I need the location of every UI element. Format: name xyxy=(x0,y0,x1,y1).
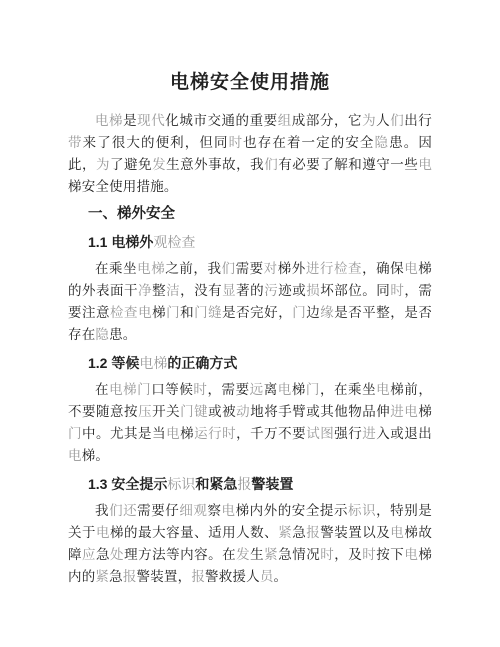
document-body: 电梯是现代化城市交通的重要组成部分，它为人们出行带来了很大的便利，但同时也存在着… xyxy=(68,110,432,588)
text-segment: 门 xyxy=(166,305,180,320)
text-segment: ，需要 xyxy=(207,382,249,397)
text-segment: 迹或 xyxy=(278,283,306,298)
text-segment: 梯安全使用措施。 xyxy=(68,179,178,194)
text-segment: 时 xyxy=(362,547,376,562)
text-segment: ，在乘坐 xyxy=(320,382,376,397)
text-segment: 和 xyxy=(180,305,194,320)
text-segment: 急 xyxy=(292,525,306,540)
text-segment: 电 xyxy=(278,382,292,397)
text-segment: 报 xyxy=(123,569,137,584)
text-segment: 警装置 xyxy=(251,476,293,492)
text-segment: 的正确方式 xyxy=(167,355,237,371)
text-segment: 化城市交通的重要 xyxy=(165,113,277,128)
paragraph: 在电梯门口等候时，需要远离电梯门，在乘坐电梯前，不要随意按压开关门键或被动地将手… xyxy=(68,379,432,467)
text-segment: 紧 xyxy=(278,525,292,540)
text-segment: 隐 xyxy=(375,135,390,150)
text-segment: 梯的最大容量、适用人数、 xyxy=(110,525,278,540)
text-segment: 梯 xyxy=(418,404,432,419)
text-segment: 有必要了解和遵守一些 xyxy=(278,157,418,172)
text-segment: 观检查 xyxy=(153,234,195,250)
text-segment: 中。尤其是当 xyxy=(82,426,166,441)
text-segment: 标识 xyxy=(167,476,195,492)
text-segment: 电 xyxy=(222,503,236,518)
text-segment: 紧 xyxy=(264,547,278,562)
text-segment: 发 xyxy=(236,547,250,562)
text-segment: 门 xyxy=(68,426,82,441)
text-segment: 电梯 xyxy=(137,261,165,276)
text-segment: 坏部位。同 xyxy=(320,283,390,298)
text-segment: 成部分，它 xyxy=(292,113,362,128)
text-segment: 和紧急 xyxy=(195,476,237,492)
text-segment: 带 xyxy=(68,135,83,150)
subsection-heading: 1.3 安全提示标识和紧急报警装置 xyxy=(88,473,432,495)
subsection-heading: 1.1 电梯外观检查 xyxy=(88,231,432,253)
text-segment: 来了很大的便利，但同 xyxy=(83,135,229,150)
text-segment: 著的 xyxy=(236,283,264,298)
text-segment: 远 xyxy=(250,382,264,397)
text-segment: 门缝 xyxy=(194,305,222,320)
text-segment: 口等候 xyxy=(151,382,193,397)
text-segment: 1.2 等候 xyxy=(88,355,139,371)
text-segment: 梯内外的安全提示 xyxy=(236,503,348,518)
document-page: 电梯安全使用措施 电梯是现代化城市交通的重要组成部分，它为人们出行带来了很大的便… xyxy=(0,0,500,647)
text-segment: 缘 xyxy=(320,305,334,320)
text-segment: 强行 xyxy=(334,426,362,441)
text-segment: 电 xyxy=(138,305,152,320)
text-segment: 在乘坐 xyxy=(95,261,137,276)
text-segment: 是否完好， xyxy=(222,305,292,320)
text-segment: 发 xyxy=(152,157,166,172)
text-segment: 需要 xyxy=(236,261,264,276)
text-segment: 紧 xyxy=(95,569,109,584)
text-segment: 电梯门 xyxy=(109,382,151,397)
text-segment: 是 xyxy=(123,113,137,128)
text-segment: 梯 xyxy=(292,382,306,397)
text-segment: 处 xyxy=(110,547,124,562)
text-segment: 们 xyxy=(390,113,404,128)
text-segment: ，没有 xyxy=(180,283,222,298)
text-segment: 一、梯外安全 xyxy=(88,206,175,222)
text-segment: 整 xyxy=(152,283,166,298)
text-segment: 现代 xyxy=(137,113,165,128)
text-segment: 警救援人 xyxy=(205,569,260,584)
text-segment: 电 xyxy=(390,525,404,540)
text-segment: 梯 xyxy=(152,305,166,320)
text-segment: 电 xyxy=(166,426,180,441)
document-title: 电梯安全使用措施 xyxy=(68,70,432,96)
text-segment: 们 xyxy=(264,157,278,172)
text-segment: ，及 xyxy=(334,547,362,562)
text-segment: 出行 xyxy=(404,113,432,128)
text-segment: 电 xyxy=(68,448,82,463)
text-segment: 电梯 xyxy=(95,113,123,128)
text-segment: 了避免 xyxy=(110,157,152,172)
text-segment: 1.3 安全提示 xyxy=(88,476,167,492)
text-segment: 报 xyxy=(237,476,251,492)
text-segment: 进电 xyxy=(390,404,418,419)
subsection-heading: 1.2 等候电梯的正确方式 xyxy=(88,352,432,374)
text-segment: 们还 xyxy=(109,503,137,518)
text-segment: 时 xyxy=(193,382,207,397)
text-segment: 开关 xyxy=(152,404,180,419)
text-segment: ，确保 xyxy=(362,261,404,276)
text-segment: 梯。 xyxy=(82,448,109,463)
text-segment: ，千万不要 xyxy=(236,426,306,441)
text-segment: 警装置， xyxy=(137,569,192,584)
text-segment: 应 xyxy=(82,547,96,562)
text-segment: 隐 xyxy=(95,327,109,342)
text-segment: 员 xyxy=(260,569,274,584)
text-segment: 动 xyxy=(236,404,250,419)
text-segment: 急情况 xyxy=(278,547,320,562)
text-segment: 试图 xyxy=(306,426,334,441)
text-segment: 患。 xyxy=(109,327,136,342)
text-segment: 之前，我 xyxy=(165,261,221,276)
text-segment: 标识 xyxy=(348,503,376,518)
text-segment: 警装置以及 xyxy=(320,525,390,540)
text-segment: 电 xyxy=(404,261,418,276)
text-segment: 报 xyxy=(191,569,205,584)
text-segment: 生 xyxy=(250,547,264,562)
text-segment: 门 xyxy=(306,382,320,397)
text-segment: 入或退出 xyxy=(376,426,432,441)
text-segment: 理方法等内容。在 xyxy=(124,547,236,562)
text-segment: 人 xyxy=(376,113,390,128)
text-segment: 们 xyxy=(222,261,236,276)
text-segment: 边 xyxy=(306,305,320,320)
text-segment: 压 xyxy=(138,404,152,419)
text-segment: 地将手臂或其他物品伸 xyxy=(250,404,390,419)
text-segment: 污 xyxy=(264,283,278,298)
text-segment: 梯外 xyxy=(278,261,306,276)
text-segment: 进 xyxy=(362,426,376,441)
text-segment: 洁 xyxy=(166,283,180,298)
text-segment: 净 xyxy=(138,283,152,298)
text-segment: 时 xyxy=(229,135,244,150)
text-segment: 门 xyxy=(292,305,306,320)
text-segment: 也存在着一定的安全 xyxy=(243,135,374,150)
text-segment: 时 xyxy=(320,547,334,562)
text-segment: 为 xyxy=(362,113,376,128)
text-segment: 电 xyxy=(376,382,390,397)
section-heading: 一、梯外安全 xyxy=(88,203,432,225)
text-segment: 梯 xyxy=(180,426,194,441)
text-segment: 细观 xyxy=(179,503,207,518)
text-segment: 或被 xyxy=(208,404,236,419)
text-segment: 在 xyxy=(95,382,109,397)
text-segment: 门键 xyxy=(180,404,208,419)
paragraph: 我们还需要仔细观察电梯内外的安全提示标识，特别是关于电梯的最大容量、适用人数、紧… xyxy=(68,500,432,588)
text-segment: 按下 xyxy=(376,547,404,562)
text-segment: 急 xyxy=(109,569,123,584)
text-segment: 离 xyxy=(264,382,278,397)
text-segment: 急 xyxy=(96,547,110,562)
text-segment: 电 xyxy=(96,525,110,540)
text-segment: 我 xyxy=(95,503,109,518)
paragraph: 电梯是现代化城市交通的重要组成部分，它为人们出行带来了很大的便利，但同时也存在着… xyxy=(68,110,432,198)
text-segment: 需要仔 xyxy=(137,503,179,518)
text-segment: 对 xyxy=(264,261,278,276)
text-segment: 电 xyxy=(404,547,418,562)
text-segment: 组 xyxy=(278,113,292,128)
text-segment: 进行检查 xyxy=(306,261,362,276)
text-segment: 电梯 xyxy=(139,355,167,371)
text-segment: 损 xyxy=(306,283,320,298)
text-segment: 1.1 电梯外 xyxy=(88,234,153,250)
text-segment: 察 xyxy=(207,503,221,518)
text-segment: 。 xyxy=(274,569,288,584)
text-segment: 时 xyxy=(390,283,404,298)
text-segment: 生意外事故，我 xyxy=(166,157,264,172)
text-segment: 为 xyxy=(96,157,110,172)
text-segment: 电 xyxy=(418,157,432,172)
text-segment: 运行时 xyxy=(194,426,236,441)
text-segment: 检查 xyxy=(110,305,138,320)
text-segment: 显 xyxy=(222,283,236,298)
paragraph: 在乘坐电梯之前，我们需要对梯外进行检查，确保电梯的外表面干净整洁，没有显著的污迹… xyxy=(68,258,432,346)
text-segment: 报 xyxy=(306,525,320,540)
